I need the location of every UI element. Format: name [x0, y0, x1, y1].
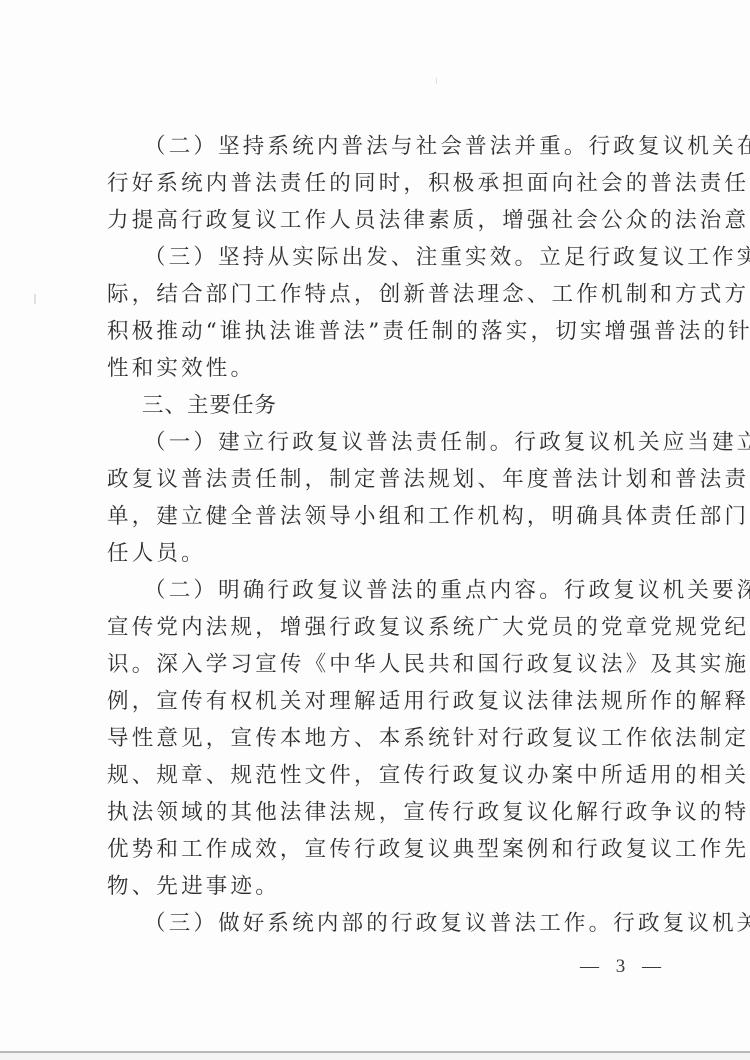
text-line: （二）坚持系统内普法与社会普法并重。行政复议机关在履 [107, 128, 672, 165]
text-line: 力提高行政复议工作人员法律素质，增强社会公众的法治意识。 [107, 202, 672, 239]
text-line: 导性意见，宣传本地方、本系统针对行政复议工作依法制定的法 [107, 720, 672, 757]
text-line: 例，宣传有权机关对理解适用行政复议法律法规所作的解释等指 [107, 683, 672, 720]
text-line: （三）坚持从实际出发、注重实效。立足行政复议工作实 [107, 239, 672, 276]
paragraph-principle-2: （二）坚持系统内普法与社会普法并重。行政复议机关在履 行好系统内普法责任的同时，… [107, 128, 672, 239]
paragraph-task-3: （三）做好系统内部的行政复议普法工作。行政复议机关要 [107, 905, 672, 942]
text-line: 任人员。 [107, 535, 672, 572]
text-line: 规、规章、规范性文件，宣传行政复议办案中所适用的相关行政 [107, 757, 672, 794]
text-line: （一）建立行政复议普法责任制。行政复议机关应当建立行 [107, 424, 672, 461]
text-line: （三）做好系统内部的行政复议普法工作。行政复议机关要 [107, 905, 672, 942]
text-line: 物、先进事迹。 [107, 868, 672, 905]
paragraph-principle-3: （三）坚持从实际出发、注重实效。立足行政复议工作实 际，结合部门工作特点，创新普… [107, 239, 672, 387]
text-line: 积极推动“谁执法谁普法”责任制的落实，切实增强普法的针对 [107, 313, 672, 350]
text-line: 优势和工作成效，宣传行政复议典型案例和行政复议工作先进人 [107, 831, 672, 868]
page-number: — 3 — [580, 956, 667, 978]
text-line: 单，建立健全普法领导小组和工作机构，明确具体责任部门和责 [107, 498, 672, 535]
paragraph-task-1: （一）建立行政复议普法责任制。行政复议机关应当建立行 政复议普法责任制，制定普法… [107, 424, 672, 572]
text-line: 性和实效性。 [107, 350, 672, 387]
paragraph-task-2: （二）明确行政复议普法的重点内容。行政复议机关要深入 宣传党内法规，增强行政复议… [107, 572, 672, 905]
section-heading: 三、主要任务 [107, 387, 672, 424]
text-line: 政复议普法责任制，制定普法规划、年度普法计划和普法责任清 [107, 461, 672, 498]
scan-artifact [436, 78, 437, 84]
text-line: 行好系统内普法责任的同时，积极承担面向社会的普法责任，务 [107, 165, 672, 202]
document-body: （二）坚持系统内普法与社会普法并重。行政复议机关在履 行好系统内普法责任的同时，… [107, 128, 672, 942]
scan-artifact [34, 294, 36, 304]
text-line: 识。深入学习宣传《中华人民共和国行政复议法》及其实施条 [107, 646, 672, 683]
text-line: 宣传党内法规，增强行政复议系统广大党员的党章党规党纪意 [107, 609, 672, 646]
document-page: （二）坚持系统内普法与社会普法并重。行政复议机关在履 行好系统内普法责任的同时，… [0, 0, 750, 1051]
text-line: 际，结合部门工作特点，创新普法理念、工作机制和方式方法， [107, 276, 672, 313]
section-heading-main-tasks: 三、主要任务 [107, 387, 672, 424]
text-line: 执法领域的其他法律法规，宣传行政复议化解行政争议的特点、 [107, 794, 672, 831]
text-line: （二）明确行政复议普法的重点内容。行政复议机关要深入 [107, 572, 672, 609]
scan-background [0, 1053, 750, 1060]
